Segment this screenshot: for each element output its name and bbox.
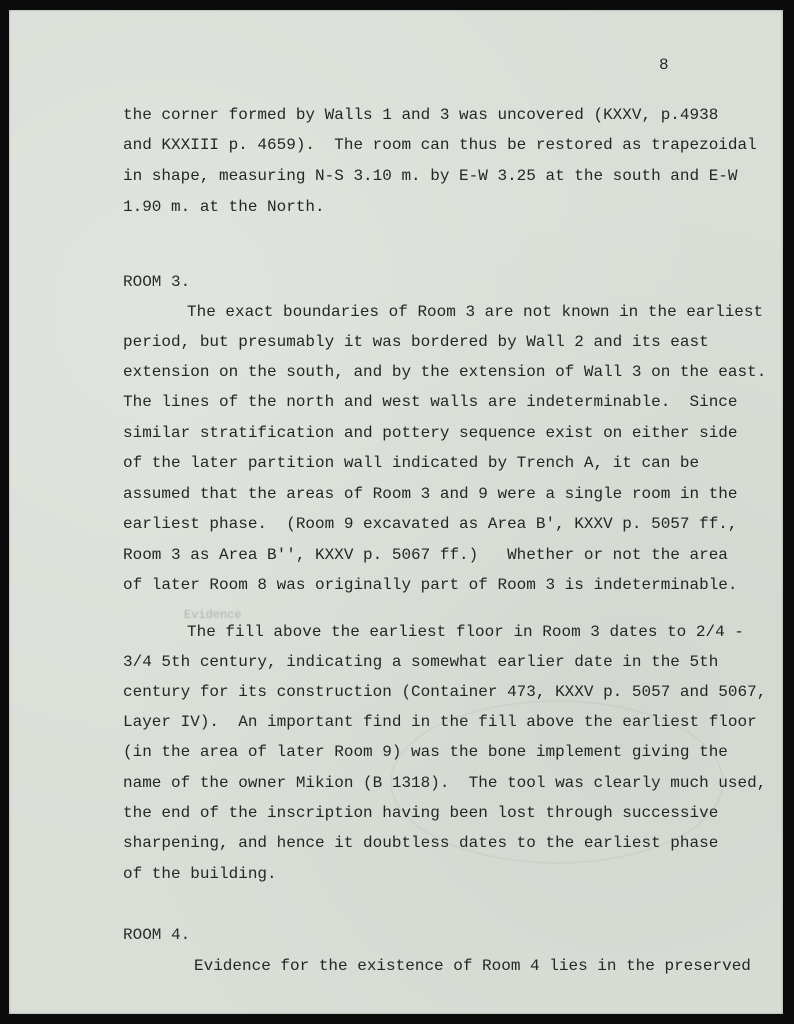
text-line: Layer IV). An important find in the fill… [123,712,757,732]
text-line: name of the owner Mikion (B 1318). The t… [123,773,766,793]
text-line: The lines of the north and west walls ar… [123,392,738,412]
text-line: earliest phase. (Room 9 excavated as Are… [123,514,738,534]
text-line: period, but presumably it was bordered b… [123,332,709,352]
scanned-page: 8 the corner formed by Walls 1 and 3 was… [0,0,794,1024]
ghost-annotation: Evidence [184,608,242,622]
text-line: 1.90 m. at the North. [123,197,325,217]
text-line: sharpening, and hence it doubtless dates… [123,833,718,853]
text-line: (in the area of later Room 9) was the bo… [123,742,728,762]
text-line: and KXXIII p. 4659). The room can thus b… [123,135,757,155]
section-heading-room-3: ROOM 3. [123,272,190,292]
page-number: 8 [659,56,669,74]
section-heading-room-4: ROOM 4. [123,925,190,945]
text-line: of later Room 8 was originally part of R… [123,575,738,595]
text-line: similar stratification and pottery seque… [123,423,738,443]
text-line: assumed that the areas of Room 3 and 9 w… [123,484,738,504]
text-line: The exact boundaries of Room 3 are not k… [187,302,763,322]
text-line: Room 3 as Area B'', KXXV p. 5067 ff.) Wh… [123,545,728,565]
text-line: the end of the inscription having been l… [123,803,718,823]
text-line: of the building. [123,864,277,884]
text-line: 3/4 5th century, indicating a somewhat e… [123,652,718,672]
text-line: The fill above the earliest floor in Roo… [187,622,744,642]
text-line: Evidence for the existence of Room 4 lie… [194,956,751,976]
text-line: the corner formed by Walls 1 and 3 was u… [123,105,718,125]
text-line: century for its construction (Container … [123,682,766,702]
text-line: extension on the south, and by the exten… [123,362,766,382]
text-line: in shape, measuring N-S 3.10 m. by E-W 3… [123,166,738,186]
text-line: of the later partition wall indicated by… [123,453,699,473]
